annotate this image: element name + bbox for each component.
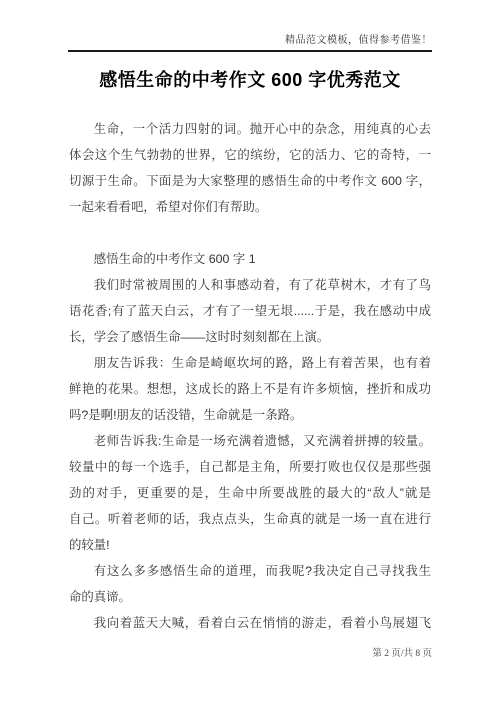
paragraph-line: 劲的对手，更重要的是，生命中所要战胜的最大的“敌人”就是 bbox=[69, 480, 431, 506]
paragraph-line: 长，学会了感悟生命——这时时刻刻都在上演。 bbox=[69, 324, 431, 350]
paragraph-line: 有这么多多感悟生命的道理，而我呢?我决定自己寻找我生 bbox=[69, 558, 431, 584]
paragraph-line: 命的真谛。 bbox=[69, 584, 431, 610]
section-subtitle: 感悟生命的中考作文 600 字 1 bbox=[69, 246, 431, 272]
paragraph-line: 我向着蓝天大喊，看着白云在悄悄的游走，看着小鸟展翅飞 bbox=[69, 610, 431, 636]
paragraph-line: 较量中的每一个选手，自己都是主角，所要打败也仅仅是那些强 bbox=[69, 454, 431, 480]
body-paragraph: 我们时常被周围的人和事感动着，有了花草树木，才有了鸟 语花香;有了蓝天白云，才有… bbox=[69, 272, 431, 350]
paragraph-line: 自己。听着老师的话，我点点头，生命真的就是一场一直在进行 bbox=[69, 506, 431, 532]
paragraph-line: 感悟生命的中考作文 600 字 1 bbox=[69, 246, 431, 272]
paragraph-line: 生命，一个活力四射的词。抛开心中的杂念，用纯真的心去 bbox=[69, 116, 431, 142]
footer-page-indicator: 第 2 页/共 8 页 bbox=[372, 645, 432, 659]
header-divider-rule bbox=[68, 50, 432, 52]
paragraph-line: 老师告诉我:生命是一场充满着遗憾，又充满着拼搏的较量。 bbox=[69, 428, 431, 454]
header-note: 精品范文模板，值得参考借鉴！ bbox=[285, 31, 432, 46]
page-title: 感悟生命的中考作文 600 字优秀范文 bbox=[0, 66, 500, 92]
document-page: 精品范文模板，值得参考借鉴！ 感悟生命的中考作文 600 字优秀范文 生命，一个… bbox=[0, 0, 500, 707]
paragraph-line: 朋友告诉我：生命是崎岖坎坷的路，路上有着苦果，也有着 bbox=[69, 350, 431, 376]
body-paragraph: 有这么多多感悟生命的道理，而我呢?我决定自己寻找我生 命的真谛。 bbox=[69, 558, 431, 610]
paragraph-line: 吗?是啊!朋友的话没错，生命就是一条路。 bbox=[69, 402, 431, 428]
body-paragraph: 老师告诉我:生命是一场充满着遗憾，又充满着拼搏的较量。 较量中的每一个选手，自己… bbox=[69, 428, 431, 558]
body-paragraph: 我向着蓝天大喊，看着白云在悄悄的游走，看着小鸟展翅飞 bbox=[69, 610, 431, 636]
paragraph-line: 我们时常被周围的人和事感动着，有了花草树木，才有了鸟 bbox=[69, 272, 431, 298]
paragraph-line: 的较量! bbox=[69, 532, 431, 558]
paragraph-line: 体会这个生气勃勃的世界，它的缤纷，它的活力、它的奇特，一 bbox=[69, 142, 431, 168]
body-paragraph: 生命，一个活力四射的词。抛开心中的杂念，用纯真的心去 体会这个生气勃勃的世界，它… bbox=[69, 116, 431, 220]
document-body: 生命，一个活力四射的词。抛开心中的杂念，用纯真的心去 体会这个生气勃勃的世界，它… bbox=[69, 116, 431, 636]
body-paragraph: 朋友告诉我：生命是崎岖坎坷的路，路上有着苦果，也有着 鲜艳的花果。想想，这成长的… bbox=[69, 350, 431, 428]
paragraph-line: 语花香;有了蓝天白云，才有了一望无垠......于是，我在感动中成 bbox=[69, 298, 431, 324]
paragraph-line: 一起来看看吧，希望对你们有帮助。 bbox=[69, 194, 431, 220]
paragraph-line: 鲜艳的花果。想想，这成长的路上不是有许多烦恼，挫折和成功 bbox=[69, 376, 431, 402]
paragraph-line: 切源于生命。下面是为大家整理的感悟生命的中考作文 600 字， bbox=[69, 168, 431, 194]
